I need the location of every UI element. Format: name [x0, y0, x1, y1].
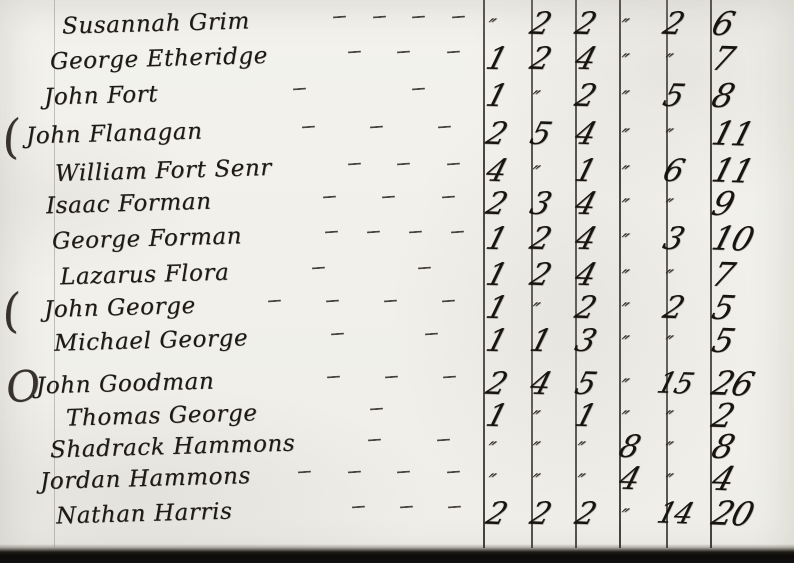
col-value: 1: [482, 221, 512, 258]
leader-dash: [323, 196, 336, 199]
col-value: ″: [660, 406, 676, 430]
col-value: ″: [572, 437, 588, 461]
entry-name: John George: [44, 293, 196, 323]
col-value: 4: [571, 116, 601, 153]
col-value: 14: [653, 495, 696, 530]
page-bottom-edge: [0, 544, 794, 563]
leader-dashes: [280, 471, 478, 473]
row-total: 20: [708, 493, 758, 533]
col-value: 15: [653, 365, 696, 400]
col-value: 2: [571, 78, 601, 115]
col-value: 1: [482, 290, 512, 327]
leader-dash: [348, 471, 361, 474]
col-value: 1: [482, 323, 512, 360]
entry-name: Jordan Hammons: [40, 463, 252, 495]
col-value: 2: [482, 496, 512, 533]
leader-dash: [327, 376, 340, 379]
leader-dash: [443, 376, 456, 379]
leader-dash: [330, 333, 343, 336]
col-value: ″: [616, 265, 632, 289]
leader-dash: [384, 300, 397, 303]
leader-dash: [373, 16, 386, 19]
col-value: 1: [482, 257, 512, 294]
col-value: 5: [526, 116, 556, 153]
leader-dashes: [340, 439, 478, 441]
col-value: 2: [482, 186, 512, 223]
col-value: 2: [526, 257, 556, 294]
col-value: ″: [660, 437, 676, 461]
col-value: ″: [616, 14, 632, 38]
col-value: 2: [526, 496, 556, 533]
leader-dashes: [335, 506, 478, 508]
entry-name: William Fort Senr: [55, 155, 273, 187]
col-value: ″: [527, 406, 543, 430]
entry-row: Nathan Harris222″1420: [0, 496, 794, 540]
leader-dashes: [275, 408, 478, 410]
entry-name: Lazarus Flora: [60, 260, 230, 291]
leader-dashes: [265, 267, 478, 269]
col-value: ″: [527, 298, 543, 322]
col-value: ″: [616, 86, 632, 110]
col-value: ″: [616, 374, 632, 398]
col-value: ″: [616, 229, 632, 253]
col-value: ″: [660, 331, 676, 355]
leader-dash: [438, 126, 451, 129]
col-value: 3: [571, 323, 601, 360]
col-value: 2: [659, 6, 689, 43]
leader-dash: [397, 471, 410, 474]
col-value: ″: [527, 86, 543, 110]
entry-name: John Fort: [44, 81, 159, 110]
census-ledger-page: Susannah Grim″22″26George Etheridge124″″…: [0, 0, 794, 563]
leader-dash: [452, 16, 465, 19]
leader-dash: [397, 51, 410, 54]
col-value: 1: [482, 41, 512, 78]
leader-dash: [382, 196, 395, 199]
leader-dash: [408, 231, 421, 234]
col-value: ″: [616, 406, 632, 430]
row-total: 7: [708, 39, 740, 79]
col-value: 2: [571, 290, 601, 327]
col-value: 2: [482, 116, 512, 153]
col-value: 4: [615, 461, 645, 498]
leader-dashes: [290, 333, 478, 335]
leader-dash: [442, 300, 455, 303]
col-value: 5: [659, 78, 689, 115]
col-value: ″: [483, 14, 499, 38]
col-value: 4: [571, 41, 601, 78]
leader-dash: [302, 126, 315, 129]
col-value: 4: [482, 153, 512, 190]
entry-name: Michael George: [54, 325, 249, 356]
col-value: ″: [660, 265, 676, 289]
leader-dashes: [330, 163, 478, 165]
leader-dash: [418, 267, 431, 270]
leader-dash: [450, 231, 463, 234]
col-value: 2: [571, 496, 601, 533]
leader-dash: [324, 231, 337, 234]
col-value: ″: [616, 124, 632, 148]
col-value: ″: [616, 49, 632, 73]
col-value: ″: [527, 469, 543, 493]
leader-dash: [348, 51, 361, 54]
leader-dash: [424, 333, 437, 336]
row-total: 8: [708, 76, 740, 116]
col-value: 8: [615, 429, 645, 466]
entry-name: Nathan Harris: [56, 499, 233, 530]
leader-dashes: [300, 196, 478, 198]
col-value: 2: [571, 6, 601, 43]
row-total: 4: [708, 459, 740, 499]
col-value: ″: [660, 49, 676, 73]
leader-dash: [370, 408, 383, 411]
leader-dash: [447, 163, 460, 166]
leader-dashes: [310, 231, 478, 233]
col-value: ″: [616, 331, 632, 355]
col-value: 6: [659, 153, 689, 190]
col-value: ″: [483, 437, 499, 461]
col-value: ″: [660, 194, 676, 218]
leader-dash: [298, 471, 311, 474]
col-value: 5: [571, 366, 601, 403]
leader-dash: [293, 88, 306, 91]
col-value: 1: [482, 78, 512, 115]
leader-dash: [370, 126, 383, 129]
leader-dash: [442, 196, 455, 199]
col-value: ″: [527, 437, 543, 461]
row-total: 6: [708, 4, 740, 44]
leader-dash: [397, 163, 410, 166]
col-value: ″: [616, 504, 632, 528]
leader-dash: [312, 267, 325, 270]
leader-dash: [448, 506, 461, 509]
entry-name: Susannah Grim: [62, 8, 251, 39]
entry-row: Michael George113″″5: [0, 323, 794, 367]
entry-name: Thomas George: [66, 400, 258, 431]
leader-dash: [326, 300, 339, 303]
row-total: 11: [708, 113, 758, 153]
entry-name: John Goodman: [36, 369, 215, 400]
col-value: 4: [526, 366, 556, 403]
leader-dashes: [240, 88, 478, 90]
col-value: 2: [482, 366, 512, 403]
leader-dash: [447, 51, 460, 54]
col-value: 1: [571, 153, 601, 190]
col-value: 4: [571, 257, 601, 294]
leader-dash: [447, 471, 460, 474]
col-value: ″: [527, 161, 543, 185]
leader-dash: [352, 506, 365, 509]
entry-name: Shadrack Hammons: [50, 431, 296, 464]
col-value: ″: [616, 194, 632, 218]
leader-dash: [385, 376, 398, 379]
leader-dashes: [245, 300, 478, 302]
col-value: ″: [660, 469, 676, 493]
leader-dashes: [275, 126, 478, 128]
col-value: 4: [571, 221, 601, 258]
col-value: 2: [659, 290, 689, 327]
leader-dash: [368, 439, 381, 442]
col-value: 2: [526, 41, 556, 78]
col-value: 1: [526, 323, 556, 360]
col-value: ″: [572, 469, 588, 493]
leader-dashes: [305, 376, 478, 378]
leader-dash: [412, 16, 425, 19]
leader-dash: [366, 231, 379, 234]
row-total: 9: [708, 184, 740, 224]
col-value: ″: [483, 469, 499, 493]
leader-dashes: [320, 16, 478, 18]
leader-dash: [437, 439, 450, 442]
leader-dash: [412, 88, 425, 91]
leader-dashes: [330, 51, 478, 53]
col-value: 3: [659, 221, 689, 258]
col-value: 3: [526, 186, 556, 223]
leader-dash: [268, 300, 281, 303]
row-total: 5: [708, 321, 740, 361]
leader-dash: [400, 506, 413, 509]
entry-name: John Flanagan: [26, 119, 203, 150]
col-value: 2: [526, 6, 556, 43]
entry-name: George Etheridge: [50, 43, 269, 75]
col-value: ″: [616, 161, 632, 185]
entry-name: Isaac Forman: [46, 189, 212, 220]
row-total: 10: [708, 218, 758, 258]
leader-dash: [348, 163, 361, 166]
col-value: ″: [616, 298, 632, 322]
leader-dash: [333, 16, 346, 19]
col-value: 4: [571, 186, 601, 223]
entry-name: George Forman: [52, 223, 243, 254]
col-value: 2: [526, 221, 556, 258]
col-value: ″: [660, 124, 676, 148]
